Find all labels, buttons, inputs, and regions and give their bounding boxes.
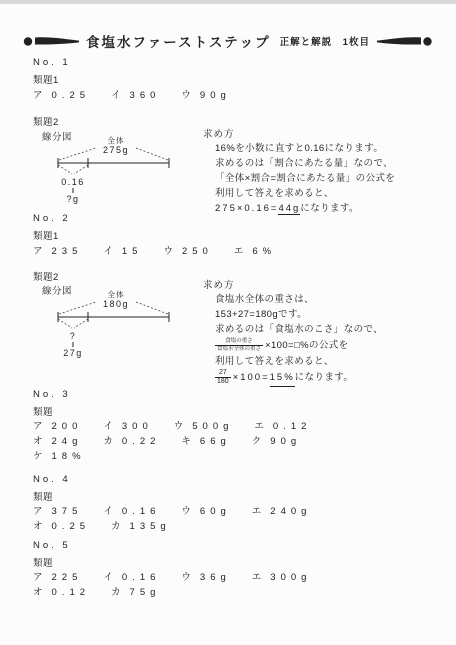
- answer-key: ク: [252, 436, 262, 447]
- answer-item: エ240g: [252, 503, 312, 517]
- explanation-no2: 求め方 食塩水全体の重さは、 153+27=180gです。 求めるのは「食塩水の…: [203, 279, 453, 386]
- top-border: [0, 0, 456, 4]
- answer-item: ウ60g: [181, 503, 230, 517]
- answer-key: イ: [103, 572, 113, 583]
- answer-key: カ: [111, 521, 121, 532]
- fraction-denominator: 食塩水全体の重さ: [215, 346, 263, 353]
- diagram-total-value: 180g: [103, 299, 129, 309]
- answer-value: 235: [52, 246, 83, 257]
- diagram-total-label: 全体: [108, 135, 125, 145]
- answer-value: 0.16: [122, 572, 161, 583]
- answer-item: エ6%: [234, 243, 276, 257]
- answer-key: ウ: [174, 421, 184, 432]
- fraction: 食塩の重さ食塩水全体の重さ: [215, 338, 263, 353]
- explanation-line: 食塩水全体の重さは、: [203, 292, 453, 307]
- answer-value: 90g: [200, 90, 231, 101]
- answer-value: 250: [182, 246, 213, 257]
- segment-diagram-no1: 全体 275g 0.16 ?g: [48, 134, 208, 204]
- fraction: 27180: [215, 369, 231, 386]
- answer-value: 135g: [130, 521, 171, 532]
- brace-dash-left: [59, 148, 96, 160]
- brace-dash-right: [136, 148, 168, 160]
- answer-value: 360: [130, 90, 161, 101]
- answer-item: オ0.12: [33, 584, 90, 598]
- answer-item: ア225: [33, 569, 82, 583]
- answer-value: 500g: [192, 421, 233, 432]
- answer-value: 300: [122, 421, 153, 432]
- ornament-swoosh-icon: [377, 37, 421, 44]
- answer-item: イ0.16: [103, 569, 160, 583]
- title-row: 食塩水ファーストステップ 正解と解説 1枚目: [0, 31, 456, 51]
- answer-key: カ: [103, 436, 113, 447]
- formula-text: ×100=: [233, 369, 270, 386]
- answer-value: 66g: [200, 436, 231, 447]
- answer-key: カ: [111, 587, 121, 598]
- fraction-denominator: 180: [215, 378, 231, 386]
- diagram-part-ratio: 0.16: [61, 177, 85, 187]
- answer-key: オ: [33, 587, 43, 598]
- formula-text: ×100=□%の公式を: [265, 337, 349, 354]
- answer-key: ウ: [181, 572, 191, 583]
- answer-value: 0.25: [52, 521, 91, 532]
- answer-key: イ: [103, 506, 113, 517]
- answer-item: エ300g: [252, 569, 312, 583]
- worksheet-page: 食塩水ファーストステップ 正解と解説 1枚目 No. 1 類題1 ア0.25 イ…: [0, 0, 456, 645]
- answer-value: 240g: [270, 506, 311, 517]
- ornament-swoosh-icon: [35, 37, 79, 44]
- answer-item: ウ90g: [181, 87, 230, 101]
- answer-value: 36g: [200, 572, 231, 583]
- answer-key: キ: [181, 436, 191, 447]
- answer-key: ア: [33, 421, 43, 432]
- no5-group-label: 類題: [33, 555, 53, 569]
- answer-key: ケ: [33, 451, 43, 462]
- answer-value: 0.25: [52, 90, 91, 101]
- answer-item: カ75g: [111, 584, 160, 598]
- answer-key: ウ: [163, 246, 173, 257]
- page-title: 食塩水ファーストステップ: [86, 31, 271, 51]
- explanation-line: 求めるのは「割合にあたる量」なので、: [203, 156, 453, 171]
- answer-key: ア: [33, 90, 43, 101]
- section-no4-heading: No. 4: [33, 474, 71, 485]
- ornament-dot-icon: [24, 37, 32, 45]
- no2-group2-label: 類題2: [33, 269, 59, 283]
- section-no5-heading: No. 5: [33, 540, 71, 551]
- no5-answer-row-2: オ0.12 カ75g: [33, 584, 160, 598]
- under-brace-right: [74, 319, 88, 328]
- no4-group-label: 類題: [33, 489, 53, 503]
- answer-item: イ15: [103, 243, 142, 257]
- explanation-line: 16%を小数に直すと0.16になります。: [203, 141, 453, 156]
- answer-value: 375: [52, 506, 83, 517]
- answer-key: ア: [33, 246, 43, 257]
- no5-answer-row-1: ア225 イ0.16 ウ36g エ300g: [33, 569, 311, 583]
- answer-value: 0.16: [122, 506, 161, 517]
- answer-item: イ300: [103, 418, 152, 432]
- answer-item: イ360: [111, 87, 160, 101]
- explanation-line: 利用して答えを求めると、: [203, 186, 453, 201]
- no2-group1-label: 類題1: [33, 228, 59, 242]
- section-no3-heading: No. 3: [33, 389, 71, 400]
- answer-key: エ: [254, 421, 264, 432]
- answer-value: 0.22: [122, 436, 161, 447]
- answer-key: オ: [33, 436, 43, 447]
- answer-item: キ66g: [181, 433, 230, 447]
- explanation-heading: 求め方: [203, 128, 453, 141]
- no1-group1-label: 類題1: [33, 72, 59, 86]
- ornament-dot-icon: [423, 37, 431, 45]
- no1-answer-row: ア0.25 イ360 ウ90g: [33, 87, 231, 101]
- under-brace-left: [58, 319, 72, 328]
- answer-underlined: 15%: [270, 369, 295, 387]
- answer-key: イ: [103, 246, 113, 257]
- answer-item: カ135g: [111, 518, 171, 532]
- answer-value: 225: [52, 572, 83, 583]
- no4-answer-row-2: オ0.25 カ135g: [33, 518, 171, 532]
- segment-diagram-no2: 全体 180g ? 27g: [48, 288, 208, 358]
- answer-value: 60g: [200, 506, 231, 517]
- formula-tail: になります。: [295, 369, 354, 386]
- answer-key: ウ: [181, 90, 191, 101]
- brace-dash-right: [136, 302, 168, 314]
- answer-key: イ: [111, 90, 121, 101]
- answer-item: ア235: [33, 243, 82, 257]
- answer-item: ア200: [33, 418, 82, 432]
- diagram-part-ratio: ?: [70, 331, 77, 341]
- diagram-total-value: 275g: [103, 145, 129, 155]
- under-brace-right: [74, 165, 88, 174]
- answer-key: ウ: [181, 506, 191, 517]
- answer-value: 200: [52, 421, 83, 432]
- explanation-line: 利用して答えを求めると、: [203, 354, 453, 369]
- answer-value: 15: [122, 246, 143, 257]
- answer-key: エ: [252, 572, 262, 583]
- answer-key: ア: [33, 572, 43, 583]
- answer-item: ア375: [33, 503, 82, 517]
- explanation-heading: 求め方: [203, 279, 453, 292]
- answer-key: エ: [234, 246, 244, 257]
- answer-value: 24g: [52, 436, 83, 447]
- answer-item: ク90g: [252, 433, 301, 447]
- answer-value: 18%: [52, 451, 86, 462]
- answer-item: ア0.25: [33, 87, 90, 101]
- answer-item: ウ250: [163, 243, 212, 257]
- answer-value: 90g: [270, 436, 301, 447]
- no4-answer-row-1: ア375 イ0.16 ウ60g エ240g: [33, 503, 311, 517]
- answer-item: オ24g: [33, 433, 82, 447]
- answer-value: 0.12: [52, 587, 91, 598]
- formula-text: 275×0.16=: [215, 203, 278, 214]
- no3-answer-row-2: オ24g カ0.22 キ66g ク90g: [33, 433, 301, 447]
- page-subtitle: 正解と解説 1枚目: [280, 34, 370, 48]
- answer-value: 75g: [130, 587, 161, 598]
- answer-key: イ: [103, 421, 113, 432]
- answer-underlined: 44g: [278, 203, 300, 215]
- answer-item: エ0.12: [254, 418, 311, 432]
- answer-item: ケ18%: [33, 448, 86, 462]
- answer-key: オ: [33, 521, 43, 532]
- answer-item: ウ36g: [181, 569, 230, 583]
- answer-value: 300g: [270, 572, 311, 583]
- formula-tail: になります。: [300, 203, 359, 214]
- diagram-total-label: 全体: [108, 289, 125, 299]
- brace-dash-left: [59, 302, 96, 314]
- answer-item: ウ500g: [174, 418, 234, 432]
- answer-item: カ0.22: [103, 433, 160, 447]
- formula-line: 食塩の重さ食塩水全体の重さ×100=□%の公式を: [203, 337, 453, 354]
- explanation-line: 153+27=180gです。: [203, 307, 453, 322]
- answer-key: ア: [33, 506, 43, 517]
- answer-item: イ0.16: [103, 503, 160, 517]
- fraction-numerator: 27: [215, 369, 231, 378]
- answer-value: 0.12: [273, 421, 312, 432]
- explanation-line: 「全体×割合=割合にあたる量」の公式を: [203, 171, 453, 186]
- no1-group2-label: 類題2: [33, 114, 59, 128]
- explanation-result-line: 275×0.16=44gになります。: [203, 201, 453, 216]
- diagram-part-value: 27g: [63, 348, 83, 358]
- section-no1-heading: No. 1: [33, 57, 71, 68]
- no3-answer-row-3: ケ18%: [33, 448, 86, 462]
- answer-key: エ: [252, 506, 262, 517]
- answer-item: オ0.25: [33, 518, 90, 532]
- title-right-ornament: [375, 35, 433, 48]
- no3-answer-row-1: ア200 イ300 ウ500g エ0.12: [33, 418, 311, 432]
- explanation-line: 求めるのは「食塩水のこさ」なので、: [203, 322, 453, 337]
- no3-group-label: 類題: [33, 404, 53, 418]
- no2-answer-row: ア235 イ15 ウ250 エ6%: [33, 243, 276, 257]
- answer-value: 6%: [252, 246, 276, 257]
- fraction-numerator: 食塩の重さ: [215, 338, 263, 346]
- diagram-part-value: ?g: [66, 194, 79, 204]
- title-left-ornament: [23, 35, 81, 48]
- under-brace-left: [58, 165, 72, 174]
- section-no2-heading: No. 2: [33, 213, 71, 224]
- explanation-no1: 求め方 16%を小数に直すと0.16になります。 求めるのは「割合にあたる量」な…: [203, 128, 453, 216]
- explanation-result-line: 27180×100=15%になります。: [203, 369, 453, 386]
